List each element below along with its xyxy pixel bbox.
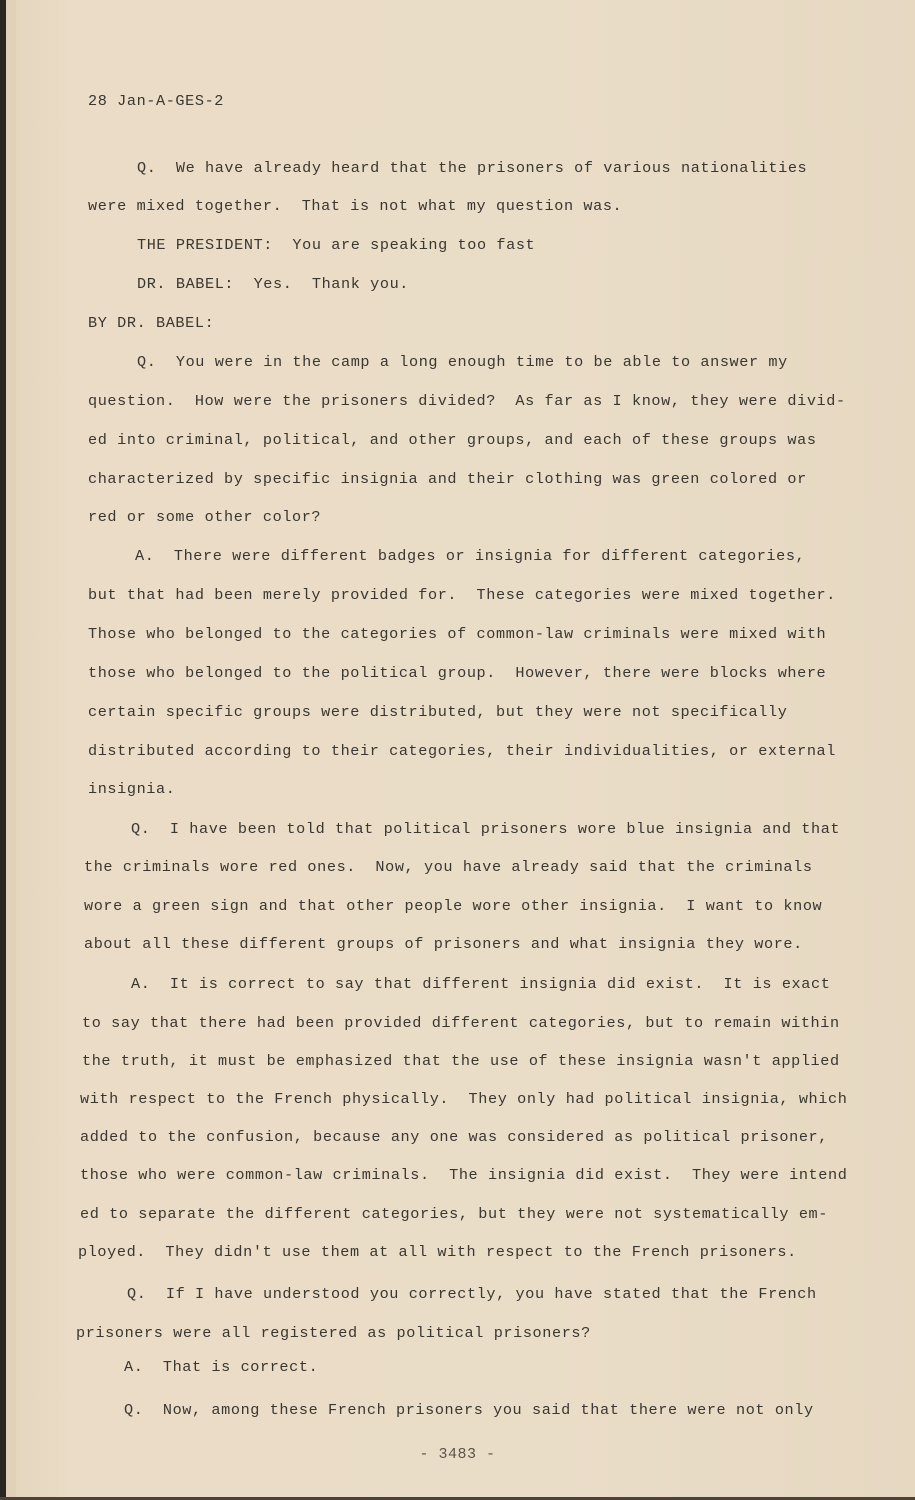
transcript-line: insignia.: [88, 779, 175, 799]
transcript-line: the criminals wore red ones. Now, you ha…: [84, 857, 813, 877]
transcript-line: to say that there had been provided diff…: [82, 1013, 840, 1033]
transcript-line: A. That is correct.: [124, 1357, 318, 1377]
transcript-line: ed into criminal, political, and other g…: [88, 430, 817, 450]
transcript-line: certain specific groups were distributed…: [88, 702, 787, 722]
transcript-line: A. There were different badges or insign…: [135, 546, 805, 566]
transcript-line: Q. You were in the camp a long enough ti…: [137, 352, 788, 372]
transcript-line: A. It is correct to say that different i…: [131, 974, 830, 994]
transcript-line: BY DR. BABEL:: [88, 313, 214, 333]
transcript-line: ed to separate the different categories,…: [80, 1204, 828, 1224]
page-binding-strip: [6, 0, 16, 1500]
transcript-line: those who belonged to the political grou…: [88, 663, 826, 683]
transcript-line: with respect to the French physically. T…: [80, 1089, 847, 1109]
transcript-line: THE PRESIDENT: You are speaking too fast: [137, 235, 535, 255]
transcript-line: but that had been merely provided for. T…: [88, 585, 836, 605]
transcript-line: Q. I have been told that political priso…: [131, 819, 840, 839]
transcript-line: prisoners were all registered as politic…: [76, 1323, 591, 1343]
transcript-line: those who were common-law criminals. The…: [80, 1165, 847, 1185]
transcript-line: Q. Now, among these French prisoners you…: [124, 1400, 814, 1420]
transcript-line: Those who belonged to the categories of …: [88, 624, 826, 644]
transcript-line: Q. If I have understood you correctly, y…: [127, 1284, 817, 1304]
transcript-line: red or some other color?: [88, 507, 321, 527]
transcript-line: wore a green sign and that other people …: [84, 896, 822, 916]
transcript-line: DR. BABEL: Yes. Thank you.: [137, 274, 409, 294]
transcript-line: were mixed together. That is not what my…: [88, 196, 622, 216]
header-code: 28 Jan-A-GES-2: [88, 91, 224, 111]
transcript-line: Q. We have already heard that the prison…: [137, 158, 807, 178]
transcript-line: about all these different groups of pris…: [84, 934, 803, 954]
transcript-line: question. How were the prisoners divided…: [88, 391, 846, 411]
page-number: - 3483 -: [0, 1446, 915, 1463]
transcript-line: added to the confusion, because any one …: [80, 1127, 828, 1147]
document-page: 28 Jan-A-GES-2 Q. We have already heard …: [0, 0, 915, 1500]
transcript-line: the truth, it must be emphasized that th…: [82, 1051, 840, 1071]
transcript-line: distributed according to their categorie…: [88, 741, 836, 761]
transcript-line: ployed. They didn't use them at all with…: [78, 1242, 797, 1262]
transcript-line: characterized by specific insignia and t…: [88, 469, 807, 489]
